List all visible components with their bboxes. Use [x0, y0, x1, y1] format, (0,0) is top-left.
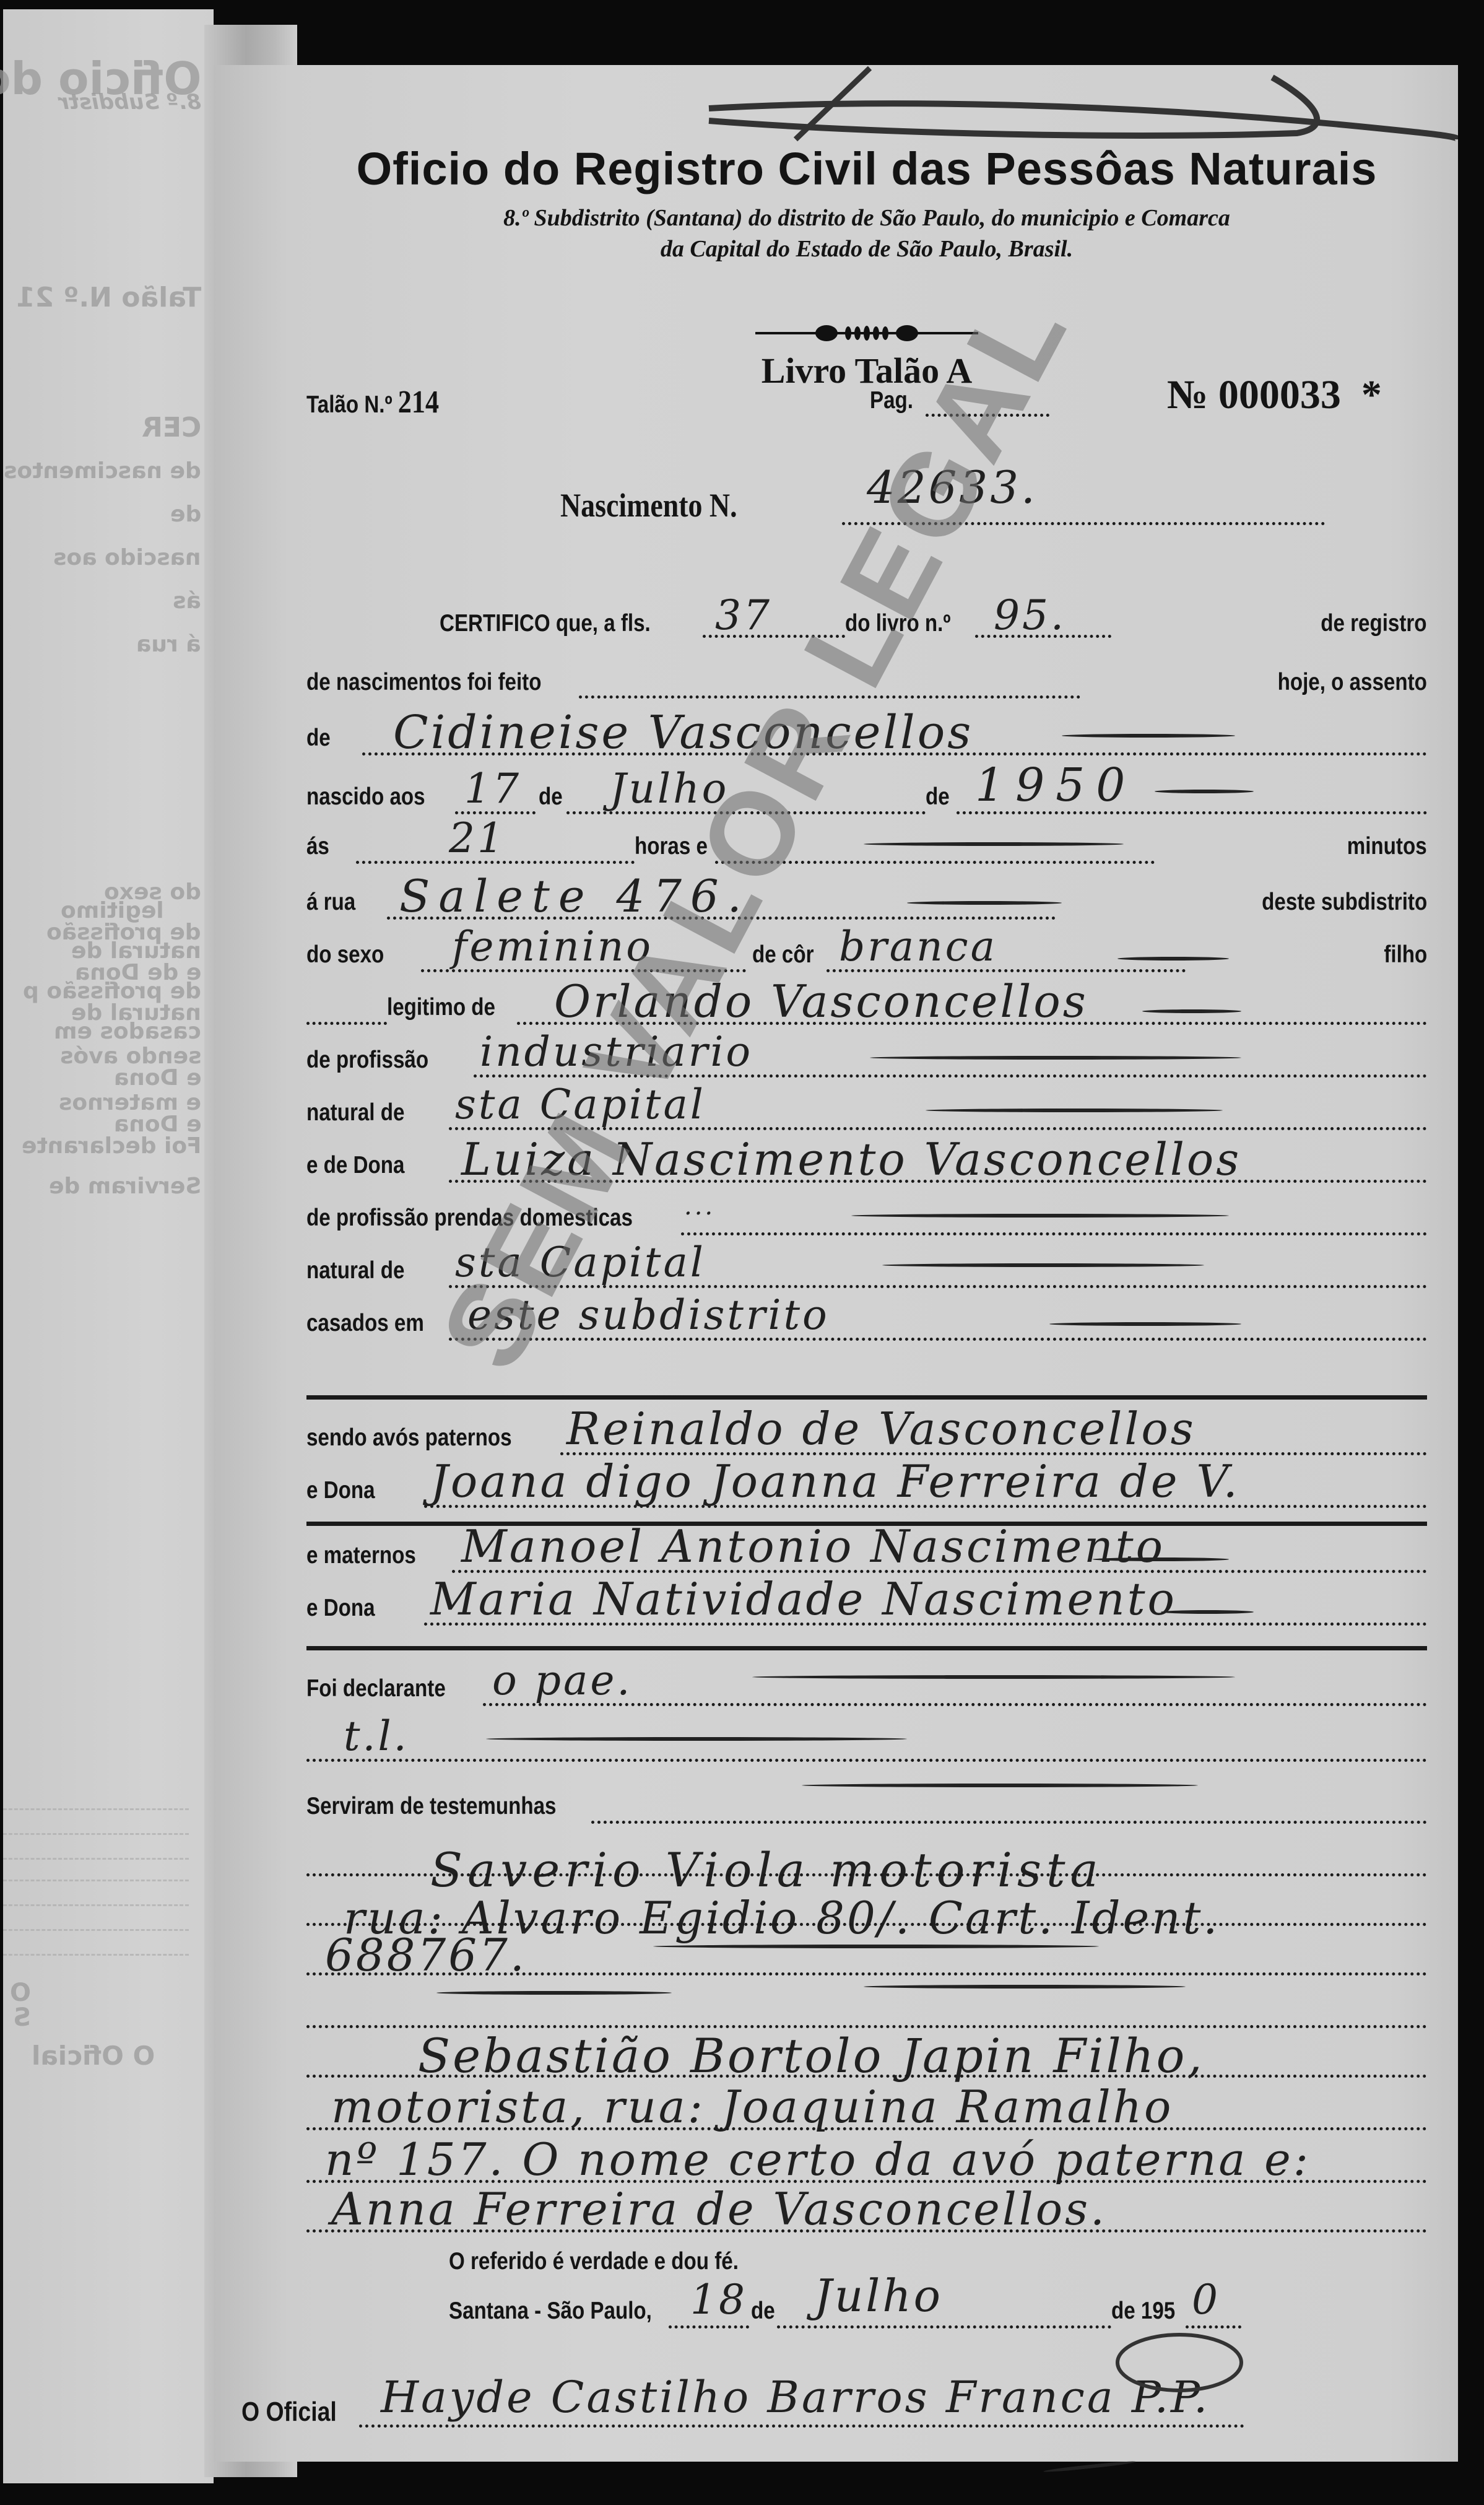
official-signature: Hayde Castilho Barros Franca P.P.	[381, 2372, 1210, 2423]
nascimento-label: Nascimento N.	[560, 486, 737, 525]
statement-text: O referido é verdade e dou fé.	[449, 2248, 739, 2275]
maternal-grandmother: Maria Natividade Nascimento	[430, 1573, 1177, 1625]
talao-number: 214	[398, 385, 439, 420]
witness-line: nº 157. O nome certo da avó paterna e:	[325, 2133, 1311, 2185]
birth-de-label: de	[539, 783, 563, 811]
talao-label: Talão N.º 214	[306, 384, 439, 420]
birth-hours: 21	[449, 814, 506, 862]
prev-subtitle: 8.º Subdistr	[59, 90, 201, 115]
witness-line: Saverio Viola motorista	[430, 1842, 1103, 1897]
father-label: legitimo de	[387, 994, 495, 1021]
declarant-value: o pae.	[492, 1657, 632, 1704]
paternal-dona-label: e Dona	[306, 1477, 375, 1504]
prev-line: nascido aos	[53, 545, 201, 570]
name-label: de	[306, 725, 331, 752]
color-value: branca	[839, 923, 997, 970]
paternal-grandparents-label: sendo avós paternos	[306, 1424, 512, 1452]
birth-de2-label: de	[926, 783, 950, 811]
serial-number: № 000033 *	[1167, 372, 1382, 419]
signature-flourish	[1111, 2319, 1248, 2431]
maternal-grandparents-label: e maternos	[306, 1542, 416, 1569]
maternal-grandfather: Manoel Antonio Nascimento	[461, 1520, 1165, 1572]
prev-line: O Oficial	[32, 2041, 155, 2071]
prev-line: Foi declarante	[22, 1133, 201, 1159]
declarant-extra: t.l.	[344, 1712, 409, 1760]
certificate-page: Oficio do Registro Civil das Pessôas Nat…	[214, 65, 1458, 2462]
prev-line: e Dona	[114, 1065, 202, 1091]
prev-line: á rua	[136, 632, 201, 657]
paternal-grandmother: Joana digo Joanna Ferreira de V.	[430, 1455, 1240, 1507]
office-subtitle-2: da Capital do Estado de São Paulo, Brasi…	[306, 235, 1427, 263]
prev-line: casados em	[54, 1019, 201, 1044]
father-profession-label: de profissão	[306, 1047, 428, 1074]
prev-certifico: CER	[142, 412, 201, 443]
closing-month: Julho	[814, 2270, 943, 2322]
father-origin-label: natural de	[306, 1099, 404, 1126]
minutes-label: minutos	[1347, 833, 1427, 860]
subdistrict-label: deste subdistrito	[1262, 889, 1427, 916]
previous-page: Oficio do 8.º Subdistr Talão N.º 21 CER …	[3, 9, 214, 2483]
official-label: O Oficial	[241, 2397, 337, 2428]
mother-profession-value: ...	[684, 1192, 715, 1221]
filho-label: filho	[1384, 941, 1427, 969]
fls-value: 37	[715, 591, 772, 639]
prev-line: Serviram de	[49, 1174, 201, 1199]
closing-day: 18	[690, 2276, 747, 2324]
prev-line: de	[170, 502, 201, 527]
office-subtitle-1: 8.º Subdistrito (Santana) do distrito de…	[306, 204, 1427, 232]
prev-talao: Talão N.º 21	[16, 282, 201, 313]
street-label: á rua	[306, 889, 355, 916]
witnesses-label: Serviram de testemunhas	[306, 1793, 556, 1820]
livro-value: 95.	[994, 591, 1066, 639]
place-label: Santana - São Paulo,	[449, 2298, 652, 2325]
witness-line: motorista, rua: Joaquina Ramalho	[331, 2081, 1173, 2133]
nascimentos-label: de nascimentos foi feito	[306, 669, 541, 696]
certifico-label: CERTIFICO que, a fls.	[440, 610, 651, 637]
born-label: nascido aos	[306, 783, 425, 811]
declarant-label: Foi declarante	[306, 1675, 446, 1702]
prev-line: ás	[173, 588, 201, 614]
at-label: ás	[306, 833, 329, 860]
office-title: Oficio do Registro Civil das Pessôas Nat…	[306, 142, 1427, 195]
maternal-dona-label: e Dona	[306, 1595, 375, 1622]
birth-year: 1950	[975, 759, 1136, 812]
prev-line: S	[13, 2003, 31, 2032]
birth-day: 17	[464, 765, 521, 812]
prev-line: de nascimentos	[4, 458, 201, 484]
assento-label: hoje, o assento	[1278, 669, 1427, 696]
closing-year-suffix: 0	[1192, 2276, 1220, 2324]
closing-de-label: de	[751, 2298, 775, 2325]
married-label: casados em	[306, 1310, 424, 1337]
paternal-grandfather: Reinaldo de Vasconcellos	[566, 1403, 1196, 1455]
mother-origin-label: natural de	[306, 1257, 404, 1284]
witness-line: Anna Ferreira de Vasconcellos.	[331, 2183, 1107, 2235]
sex-label: do sexo	[306, 941, 384, 969]
registro-label: de registro	[1321, 610, 1427, 637]
mother-label: e de Dona	[306, 1152, 404, 1179]
